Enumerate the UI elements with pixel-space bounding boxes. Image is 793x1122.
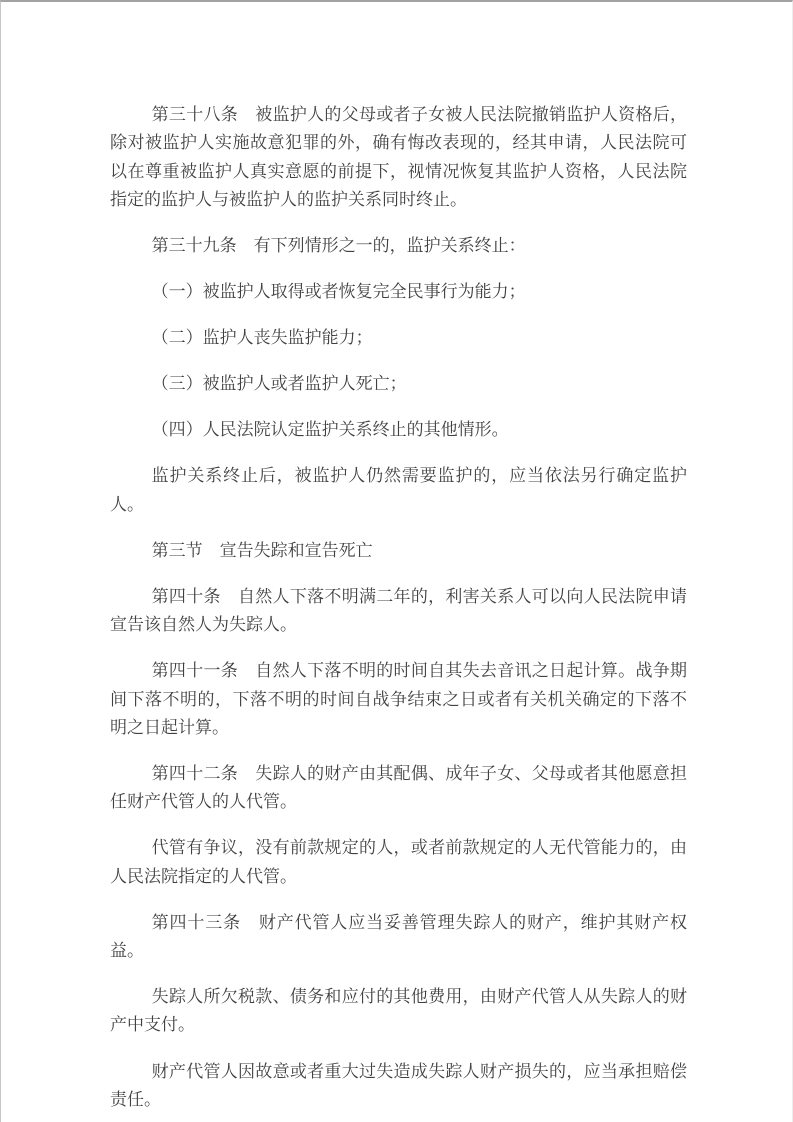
- list-item-paragraph: （四）人民法院认定监护关系终止的其他情形。: [110, 416, 687, 444]
- list-item-paragraph: （三）被监护人或者监护人死亡；: [110, 370, 687, 398]
- article-paragraph: 第四十二条 失踪人的财产由其配偶、成年子女、父母或者其他愿意担任财产代管人的人代…: [110, 760, 687, 817]
- article-paragraph: 第三十八条 被监护人的父母或者子女被人民法院撤销监护人资格后，除对被监护人实施故…: [110, 101, 687, 214]
- body-paragraph: 财产代管人因故意或者重大过失造成失踪人财产损失的，应当承担赔偿责任。: [110, 1058, 687, 1115]
- body-paragraph: 代管有争议，没有前款规定的人，或者前款规定的人无代管能力的，由人民法院指定的人代…: [110, 834, 687, 891]
- list-item-paragraph: （二）监护人丧失监护能力；: [110, 324, 687, 352]
- body-paragraph: 监护关系终止后，被监护人仍然需要监护的，应当依法另行确定监护人。: [110, 462, 687, 519]
- article-paragraph: 第四十三条 财产代管人应当妥善管理失踪人的财产，维护其财产权益。: [110, 909, 687, 966]
- body-paragraph: 失踪人所欠税款、债务和应付的其他费用，由财产代管人从失踪人的财产中支付。: [110, 983, 687, 1040]
- list-item-paragraph: （一）被监护人取得或者恢复完全民事行为能力；: [110, 278, 687, 306]
- section-heading: 第三节 宣告失踪和宣告死亡: [110, 537, 687, 565]
- article-paragraph: 第四十条 自然人下落不明满二年的，利害关系人可以向人民法院申请宣告该自然人为失踪…: [110, 583, 687, 640]
- article-paragraph: 第三十九条 有下列情形之一的，监护关系终止：: [110, 232, 687, 260]
- document-page: 第三十八条 被监护人的父母或者子女被人民法院撤销监护人资格后，除对被监护人实施故…: [0, 0, 793, 1122]
- law-text-body: 第三十八条 被监护人的父母或者子女被人民法院撤销监护人资格后，除对被监护人实施故…: [1, 2, 792, 1114]
- article-paragraph: 第四十一条 自然人下落不明的时间自其失去音讯之日起计算。战争期间下落不明的，下落…: [110, 657, 687, 742]
